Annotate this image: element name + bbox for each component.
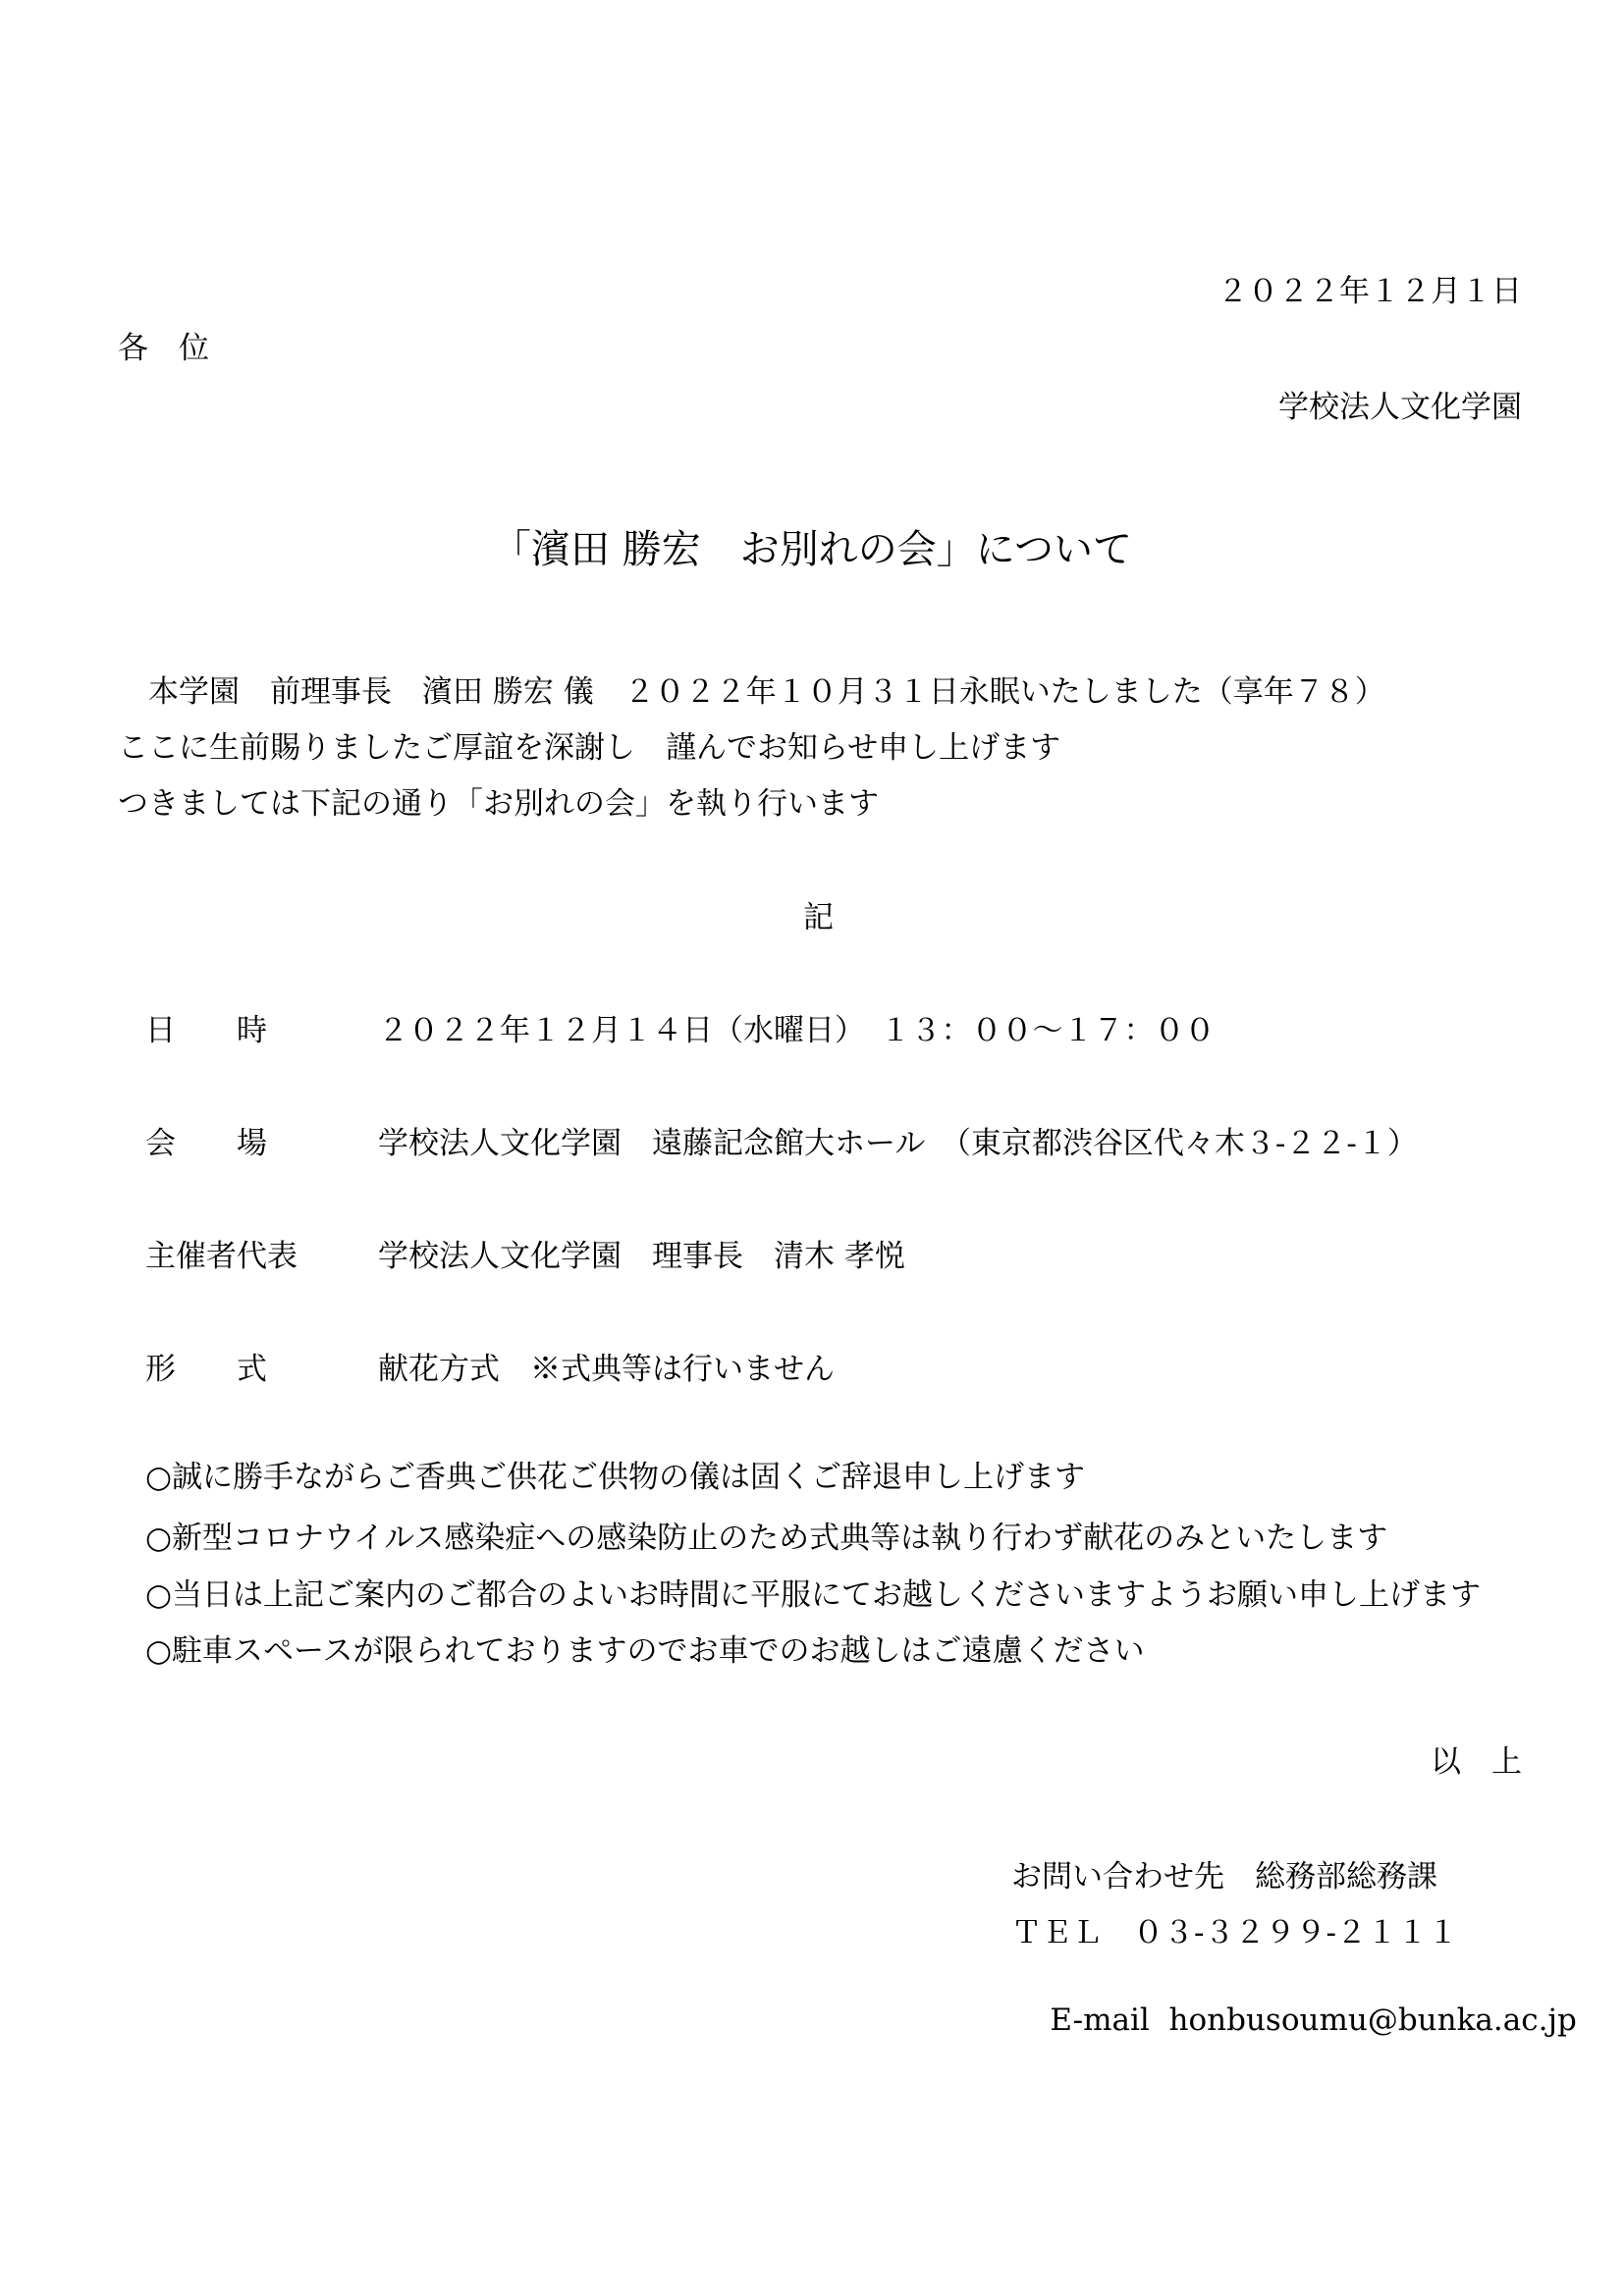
- note-item: ○当日は上記ご案内のご都合のよいお時間に平服にてお越しくださいますようお願い申し…: [145, 1580, 1481, 1611]
- note-item: ○新型コロナウイルス感染症への感染防止のため式典等は執り行わず献花のみといたしま…: [145, 1523, 1387, 1554]
- issuer-name: 学校法人文化学園: [1278, 393, 1522, 423]
- salutation: 各 位: [118, 334, 209, 364]
- detail-value: ２０２２年１２月１４日（水曜日） １３：００～１７：００: [378, 1016, 1216, 1046]
- document-title: 「濱田 勝宏 お別れの会」について: [0, 530, 1624, 569]
- email-link[interactable]: honbusoumu@bunka.ac.jp: [1169, 2002, 1577, 2038]
- detail-label: 主催者代表: [145, 1242, 298, 1272]
- body-line-1: 本学園 前理事長 濱田 勝宏 儀 ２０２２年１０月３１日永眠いたしました（享年７…: [118, 677, 1385, 708]
- closing-mark: 以 上: [1431, 1747, 1522, 1778]
- ki-marker: 記: [803, 903, 834, 934]
- detail-value: 学校法人文化学園 遠藤記念館大ホール （東京都渋谷区代々木３-２２-１）: [378, 1129, 1418, 1159]
- body-line-2: ここに生前賜りましたご厚誼を深謝し 謹んでお知らせ申し上げます: [118, 733, 1060, 764]
- contact-label: お問い合わせ先 総務部総務課: [1011, 1862, 1437, 1893]
- body-line-3: つきましては下記の通り「お別れの会」を執り行います: [118, 789, 879, 820]
- detail-value: 学校法人文化学園 理事長 清木 孝悦: [378, 1242, 905, 1272]
- document-date: ２０２２年１２月１日: [1218, 277, 1522, 307]
- note-item: ○駐車スペースが限られておりますのでお車でのお越しはご遠慮ください: [145, 1636, 1145, 1667]
- detail-label: 会 場: [145, 1129, 267, 1159]
- detail-label: 形 式: [145, 1355, 267, 1385]
- contact-tel: ＴＥＬ ０３-３２９９-２１１１: [1011, 1918, 1458, 1949]
- detail-value: 献花方式 ※式典等は行いません: [378, 1355, 835, 1385]
- detail-label: 日 時: [145, 1016, 267, 1046]
- contact-email-row: E-mail honbusoumu@bunka.ac.jp: [1011, 1975, 1577, 2066]
- email-label: E-mail: [1050, 2002, 1149, 2038]
- note-item: ○誠に勝手ながらご香典ご供花ご供物の儀は固くご辞退申し上げます: [145, 1463, 1085, 1493]
